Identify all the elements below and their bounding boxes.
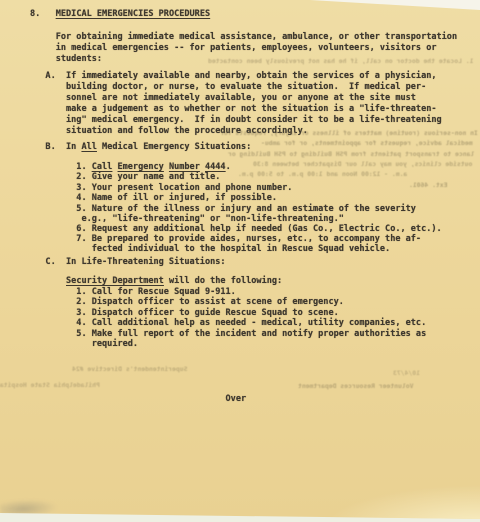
section-a-line: make a judgement as to whether or not th… [30, 104, 437, 115]
section-c-item: required. [30, 339, 138, 350]
intro-line: For obtaining immediate medical assistan… [30, 32, 457, 43]
bleed-through-line: lance to transport patients from PSH Bui… [228, 150, 474, 158]
bleed-through-line: Volunteer Resources Department [298, 382, 413, 390]
bleed-through-line: outside clinics, you may call our Dispat… [253, 160, 472, 168]
bleed-through-line: In non-serious (routine) matters of illn… [220, 129, 478, 137]
section-c-subheading: Security Department will do the followin… [30, 276, 282, 287]
section-c-item: 4. Call additional help as needed - medi… [30, 318, 426, 329]
bleed-through-line: Superintendent's Directive #24 [72, 365, 187, 373]
bleed-through-line: Ext. 4601. [409, 181, 447, 189]
section-a-line: ing" medical emergency. If in doubt cons… [30, 115, 442, 126]
over-label: Over [30, 394, 246, 405]
section-c-item: 2. Dispatch officer to assist at scene o… [30, 297, 344, 308]
intro-line: in medical emergencies -- for patients, … [30, 43, 437, 54]
paper: 8. MEDICAL EMERGENCIES PROCEDURES For ob… [0, 0, 480, 522]
section-a-line: building doctor, or nurse, to evaluate t… [30, 82, 426, 93]
bleed-through-line: medical advice, requests for appointment… [261, 139, 473, 147]
section-b-item: fected individual to the hospital in Res… [30, 244, 390, 255]
bleed-through-line: a.m. - 12:00 Noon and 1:00 p.m. to 5:00 … [238, 170, 407, 178]
document-heading: 8. MEDICAL EMERGENCIES PROCEDURES [30, 9, 210, 20]
section-b-item: 4. Name of ill or injured, if possible. [30, 193, 277, 204]
section-c-heading: C. In Life-Threatening Situations: [30, 257, 226, 268]
section-b-heading: B. In All Medical Emergency Situations: [30, 142, 251, 153]
intro-line: students: [30, 54, 102, 65]
section-b-item: 2. Give your name and title. [30, 172, 220, 183]
scan-background: 8. MEDICAL EMERGENCIES PROCEDURES For ob… [0, 0, 480, 522]
section-a-line: sonnel are not immediately available, yo… [30, 93, 416, 104]
section-a-line: A. If immediately available and nearby, … [30, 71, 437, 82]
bleed-through-line: Philadelphia State Hospital [0, 381, 100, 389]
bleed-through-line: 10/4/73 [393, 369, 420, 377]
bleed-through-line: 1. Locate the doctor on call, if he has … [208, 57, 473, 65]
pencil-smudge [0, 497, 58, 516]
